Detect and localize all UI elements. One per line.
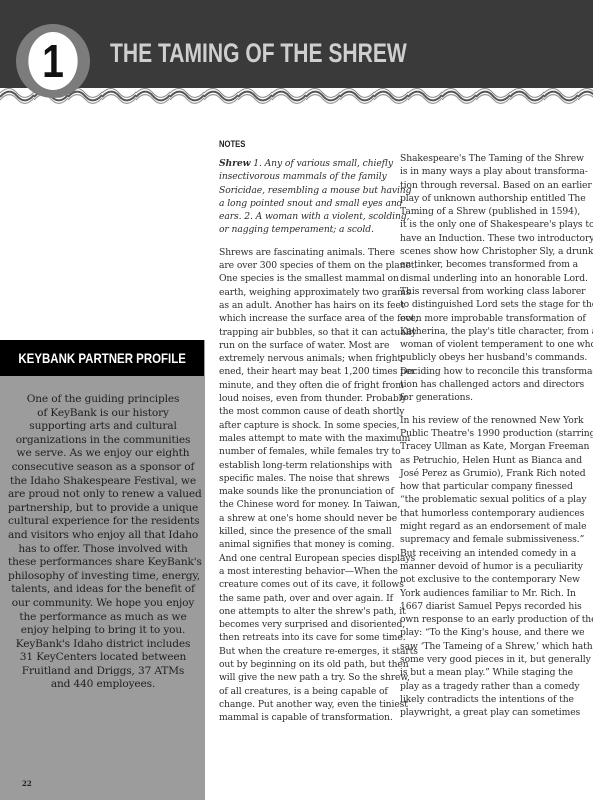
essay-line: Tracey Ullman as Kate, Morgan Freeman: [400, 440, 582, 453]
essay-line: dismal underling into an honorable Lord.: [400, 272, 582, 285]
definition-line: 1. Any of various small, chiefly: [250, 158, 393, 169]
sidebar-line: consecutive season as a sponsor of: [8, 461, 198, 475]
shrew-facts-paragraph: Shrews are fascinating animals. There ar…: [219, 246, 397, 725]
essay-line: This reversal from working class laborer: [400, 285, 582, 298]
partner-profile-heading-box: KEYBANK PARTNER PROFILE: [0, 340, 204, 376]
essay-line: some very good pieces in it, but general…: [400, 653, 582, 666]
definition-line: insectivorous mammals of the family: [219, 170, 397, 183]
essay-line: saw ‘The Tameing of a Shrew,’ which hath: [400, 640, 582, 653]
body-line: loud noises, even from thunder. Probably: [219, 392, 397, 405]
body-line: the same path, over and over again. If: [219, 592, 397, 605]
body-line: extremely nervous animals; when fright-: [219, 352, 397, 365]
essay-line: how that particular company finessed: [400, 480, 582, 493]
essay-line: scenes show how Christopher Sly, a drunk…: [400, 245, 582, 258]
chapter-number: 1: [28, 32, 77, 90]
essay-line: en tinker, becomes transformed from a: [400, 258, 582, 271]
body-line: are over 300 species of them on the plan…: [219, 259, 397, 272]
essay-line: is in many ways a play about transforma-: [400, 165, 582, 178]
essay-line: it is the only one of Shakespeare's play…: [400, 218, 582, 231]
body-line: make sounds like the pronunciation of: [219, 485, 397, 498]
body-line: creature comes out of its cave, it follo…: [219, 578, 397, 591]
essay-line: publicly obeys her husband's commands.: [400, 351, 582, 364]
body-line: will give the new path a try. So the shr…: [219, 671, 397, 684]
definition-line: ears. 2. A woman with a violent, scoldin…: [219, 210, 397, 223]
sidebar-line: has to offer. Those involved with: [8, 543, 198, 557]
sidebar-line: organizations in the communities: [8, 434, 198, 448]
body-line: of all creatures, is a being capable of: [219, 685, 397, 698]
essay-line: York audiences familiar to Mr. Rich. In: [400, 587, 582, 600]
partner-profile-text: One of the guiding principles of KeyBank…: [8, 393, 198, 692]
body-line: the most common cause of death shortly: [219, 405, 397, 418]
essay-line: Taming of a Shrew (published in 1594),: [400, 205, 582, 218]
body-line: then retreats into its cave for some tim…: [219, 631, 397, 644]
body-line: after capture is shock. In some species,: [219, 419, 397, 432]
page-title: THE TAMING OF THE SHREW: [110, 38, 407, 69]
essay-paragraph-2: In his review of the renowned New York P…: [400, 414, 582, 720]
sidebar-line: and 440 employees.: [8, 678, 198, 692]
definition-line: or nagging temperament; a scold.: [219, 223, 397, 236]
essay-line: Shakespeare's The Taming of the Shrew: [400, 152, 582, 165]
definition-line: a long pointed snout and small eyes and: [219, 197, 397, 210]
body-line: the Chinese word for money. In Taiwan,: [219, 498, 397, 511]
essay-line: Public Theatre's 1990 production (starri…: [400, 427, 582, 440]
sidebar-line: supporting arts and cultural: [8, 420, 198, 434]
sidebar-line: KeyBank's Idaho district includes: [8, 638, 198, 652]
body-line: animal signifies that money is coming.: [219, 538, 397, 551]
sidebar-line: are proud not only to renew a valued: [8, 488, 198, 502]
body-line: minute, and they often die of fright fro…: [219, 379, 397, 392]
body-line: change. Put another way, even the tinies…: [219, 698, 397, 711]
sidebar-line: philosophy of investing time, energy,: [8, 570, 198, 584]
essay-line: that humorless contemporary audiences: [400, 507, 582, 520]
wave-border-decoration: [0, 88, 593, 104]
essay-line: even more improbable transformation of: [400, 312, 582, 325]
essay-line: not exclusive to the contemporary New: [400, 573, 582, 586]
sidebar-line: cultural experience for the residents: [8, 515, 198, 529]
chapter-number-badge: 1: [16, 24, 90, 98]
essay-paragraph-1: Shakespeare's The Taming of the Shrew is…: [400, 152, 582, 405]
essay-line: as Petruchio, Helen Hunt as Bianca and: [400, 454, 582, 467]
body-line: as an adult. Another has hairs on its fe…: [219, 299, 397, 312]
body-line: killed, since the presence of the small: [219, 525, 397, 538]
body-line: ened, their heart may beat 1,200 times p…: [219, 365, 397, 378]
sidebar-line: Fruitland and Driggs, 37 ATMs: [8, 665, 198, 679]
body-line: run on the surface of water. Most are: [219, 339, 397, 352]
body-line: And one central European species display…: [219, 552, 397, 565]
sidebar-line: the Idaho Shakespeare Festival, we: [8, 475, 198, 489]
essay-line: playwright, a great play can sometimes: [400, 706, 582, 719]
body-line: earth, weighing approximately two grams: [219, 286, 397, 299]
body-line: number of females, while females try to: [219, 445, 397, 458]
essay-line: is but a mean play.” While staging the: [400, 666, 582, 679]
essay-line: tion through reversal. Based on an earli…: [400, 179, 582, 192]
essay-line: to distinguished Lord sets the stage for…: [400, 298, 582, 311]
sidebar-line: of KeyBank is our history: [8, 407, 198, 421]
sidebar-line: 31 KeyCenters located between: [8, 651, 198, 665]
essay-line: have an Induction. These two introductor…: [400, 232, 582, 245]
body-line: specific males. The noise that shrews: [219, 472, 397, 485]
essay-line: “the problematic sexual politics of a pl…: [400, 493, 582, 506]
sidebar-line: talents, and ideas for the benefit of: [8, 583, 198, 597]
body-line: trapping air bubbles, so that it can act…: [219, 326, 397, 339]
essay-line: tion has challenged actors and directors: [400, 378, 582, 391]
sidebar-line: enjoy helping to bring it to you.: [8, 624, 198, 638]
essay-line: play as a tragedy rather than a comedy: [400, 680, 582, 693]
essay-line: But receiving an intended comedy in a: [400, 547, 582, 560]
sidebar-line: partnership, but to provide a unique: [8, 502, 198, 516]
body-line: mammal is capable of transformation.: [219, 711, 397, 724]
essay-line: own response to an early production of t…: [400, 613, 582, 626]
body-line: males attempt to mate with the maximum: [219, 432, 397, 445]
sidebar-line: these performances share KeyBank's: [8, 556, 198, 570]
essay-line: 1667 diarist Samuel Pepys recorded his: [400, 600, 582, 613]
notes-label: NOTES: [219, 139, 245, 149]
body-line: becomes very surprised and disoriented,: [219, 618, 397, 631]
essay-line: In his review of the renowned New York: [400, 414, 582, 427]
sidebar-line: and visitors who enjoy all that Idaho: [8, 529, 198, 543]
body-line: one attempts to alter the shrew's path, …: [219, 605, 397, 618]
definition-term: Shrew: [219, 158, 250, 169]
essay-line: woman of violent temperament to one who: [400, 338, 582, 351]
partner-profile-heading: KEYBANK PARTNER PROFILE: [18, 350, 186, 366]
body-line: a most interesting behavior—When the: [219, 565, 397, 578]
essay-line: Deciding how to reconcile this transform…: [400, 365, 582, 378]
body-line: But when the creature re-emerges, it sta…: [219, 645, 397, 658]
body-line: Shrews are fascinating animals. There: [219, 246, 397, 259]
body-line: establish long-term relationships with: [219, 459, 397, 472]
sidebar-line: the performance as much as we: [8, 611, 198, 625]
essay-line: play: “To the King's house, and there we: [400, 626, 582, 639]
body-line: a shrew at one's home should never be: [219, 512, 397, 525]
essay-line: likely contradicts the intentions of the: [400, 693, 582, 706]
essay-line: José Perez as Grumio), Frank Rich noted: [400, 467, 582, 480]
page-number: 22: [22, 779, 32, 788]
sidebar-line: our community. We hope you enjoy: [8, 597, 198, 611]
body-line: One species is the smallest mammal on: [219, 272, 397, 285]
essay-column: Shakespeare's The Taming of the Shrew is…: [400, 152, 582, 728]
sidebar-line: One of the guiding principles: [8, 393, 198, 407]
body-line: out by beginning on its old path, but th…: [219, 658, 397, 671]
essay-line: supremacy and female submissiveness.”: [400, 533, 582, 546]
essay-line: manner devoid of humor is a peculiarity: [400, 560, 582, 573]
sidebar-line: we serve. As we enjoy our eighth: [8, 447, 198, 461]
essay-line: for generations.: [400, 391, 582, 404]
body-line: which increase the surface area of the f…: [219, 312, 397, 325]
definition-line: Soricidae, resembling a mouse but having: [219, 184, 397, 197]
notes-column: Shrew 1. Any of various small, chiefly i…: [219, 157, 397, 733]
essay-line: Katherina, the play's title character, f…: [400, 325, 582, 338]
essay-line: might regard as an endorsement of male: [400, 520, 582, 533]
definition: Shrew 1. Any of various small, chiefly i…: [219, 157, 397, 237]
essay-line: play of unknown authorship entitled The: [400, 192, 582, 205]
